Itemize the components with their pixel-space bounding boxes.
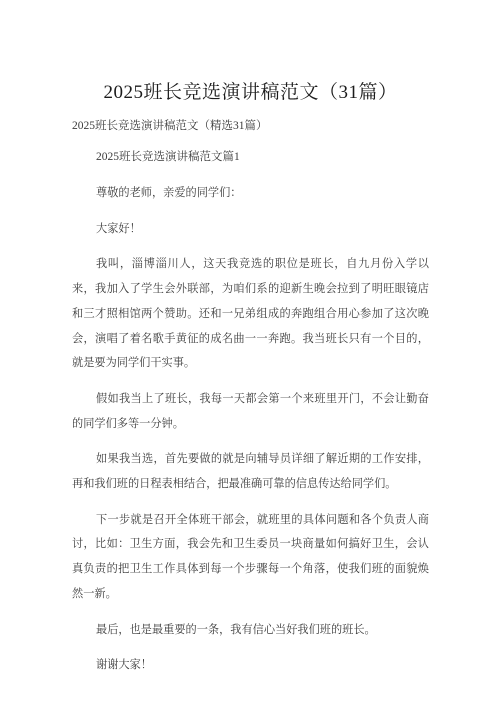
- paragraph-thanks: 谢谢大家！: [72, 653, 429, 678]
- document-subtitle: 2025班长竞选演讲稿范文（精选31篇）: [72, 119, 429, 133]
- paragraph-plan: 下一步就是召开全体班干部会，就班里的具体问题和各个负责人商讨，比如：卫生方面，我…: [72, 508, 429, 607]
- paragraph-promise-1: 假如我当上了班长，我每一天都会第一个来班里开门，不会让勤奋的同学们多等一分钟。: [72, 387, 429, 436]
- section-heading: 2025班长竞选演讲稿范文篇1: [72, 150, 429, 164]
- paragraph-promise-2: 如果我当选，首先要做的就是向辅导员详细了解近期的工作安排，再和我们班的日程表相结…: [72, 447, 429, 496]
- paragraph-confidence: 最后，也是最重要的一条，我有信心当好我们班的班长。: [72, 618, 429, 643]
- document-title: 2025班长竞选演讲稿范文（31篇）: [72, 80, 429, 106]
- paragraph-intro: 我叫，淄博淄川人，这天我竞选的职位是班长，自九月份入学以来，我加入了学生会外联部…: [72, 252, 429, 376]
- paragraph-greeting: 大家好！: [72, 217, 429, 242]
- paragraph-salutation: 尊敬的老师，亲爱的同学们：: [72, 181, 429, 206]
- document-body: 尊敬的老师，亲爱的同学们： 大家好！ 我叫，淄博淄川人，这天我竞选的职位是班长，…: [72, 181, 429, 678]
- document-page: 2025班长竞选演讲稿范文（31篇） 2025班长竞选演讲稿范文（精选31篇） …: [0, 0, 500, 707]
